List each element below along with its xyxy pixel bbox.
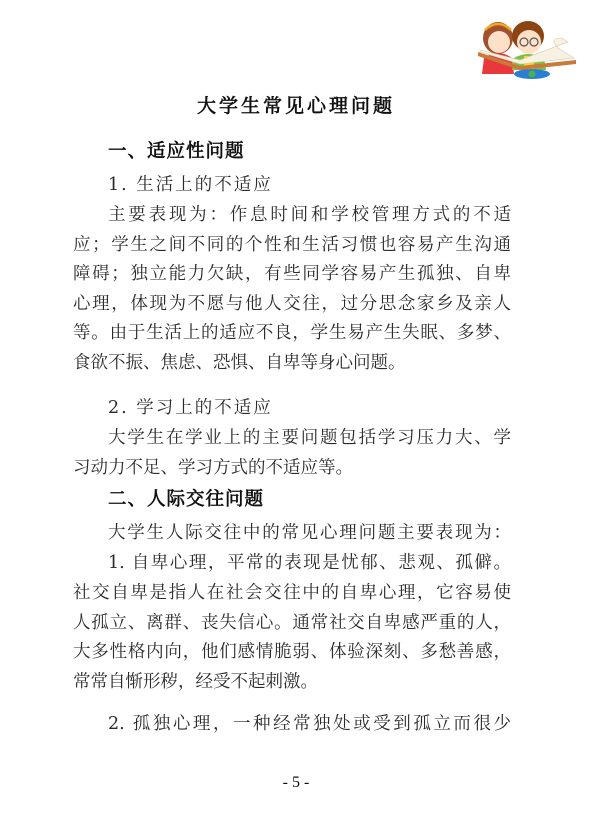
paragraph-line: 人孤立、离群、丧失信心。通常社交自卑感严重的人， [73, 611, 511, 635]
paragraph-line: 社交自卑是指人在社会交往中的自卑心理，它容易使 [73, 581, 511, 605]
paragraph-line: 习动力不足、学习方式的不适应等。 [73, 456, 511, 480]
document-title: 大学生常见心理问题 [0, 91, 592, 118]
subsection-heading: 2. 学习上的不适应 [108, 396, 273, 420]
paragraph-line: 应；学生之间不同的个性和生活习惯也容易产生沟通 [73, 233, 511, 257]
paragraph-line: 大学生人际交往中的常见心理问题主要表现为： [108, 521, 511, 545]
paragraph-line: 大多性格内向，他们感情脆弱、体验深刻、多愁善感， [73, 640, 511, 664]
page-number: - 5 - [0, 774, 592, 792]
paragraph-line: 障碍；独立能力欠缺，有些同学容易产生孤独、自卑 [73, 262, 511, 286]
children-reading-book-icon [458, 8, 582, 80]
section-heading: 二、人际交往问题 [108, 488, 264, 512]
paragraph-line: 常常自惭形秽，经受不起刺激。 [73, 670, 511, 694]
paragraph-line: 大学生在学业上的主要问题包括学习压力大、学 [108, 426, 511, 450]
subsection-heading: 1. 生活上的不适应 [108, 173, 273, 197]
paragraph-line: 1. 自卑心理，平常的表现是忧郁、悲观、孤僻。 [108, 551, 511, 575]
paragraph-line: 主要表现为：作息时间和学校管理方式的不适 [108, 203, 511, 227]
paragraph-line: 2. 孤独心理，一种经常独处或受到孤立而很少 [108, 712, 511, 736]
paragraph-line: 等。由于生活上的适应不良，学生易产生失眠、多梦、 [73, 321, 511, 345]
section-heading: 一、适应性问题 [108, 140, 245, 164]
paragraph-line: 心理，体现为不愿与他人交往，过分思念家乡及亲人 [73, 292, 511, 316]
document-page: 大学生常见心理问题 一、适应性问题 1. 生活上的不适应 主要表现为：作息时间和… [0, 0, 592, 834]
paragraph-line: 食欲不振、焦虑、恐惧、自卑等身心问题。 [73, 351, 511, 375]
